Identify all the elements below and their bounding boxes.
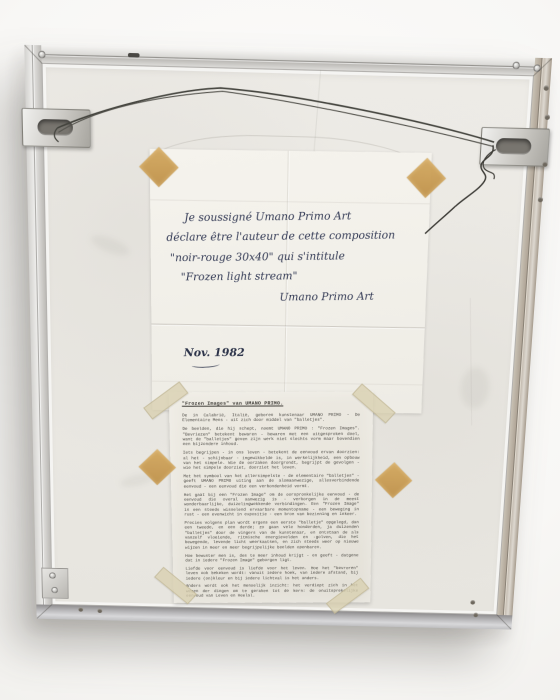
document-paragraph: Het gaat bij een "Frozen Image" om de oo… [184,492,359,518]
document-paragraph: De beelden, die hij schept, noemt UMANO … [182,427,360,448]
typed-description-sheet: "Frozen Images" van UMANO PRIMO. De in C… [169,392,374,603]
note-line: déclare être l'auteur de cette compositi… [166,226,414,249]
document-title: "Frozen Images" van UMANO PRIMO. [182,400,360,406]
hanging-bracket-right [479,127,550,167]
photo-back-of-framed-artwork: Je soussigné Umano Primo Art déclare êtr… [0,0,560,700]
screw [51,587,58,593]
note-line: "Frozen light stream" [181,266,414,288]
document-paragraph: De in Calabrië, Italië, geboren kunstena… [182,413,360,424]
document-paragraph: Anders wordt ook het menselijk inzicht: … [186,584,358,599]
screw [49,572,56,578]
date-underline [192,362,220,368]
rivet [97,609,102,614]
document-paragraph: Liefde voor eenvoud is liefde voor het l… [185,566,358,581]
rail-slot-hole [128,53,140,58]
note-line: "noir-rouge 30x40" qui s'intitule [170,246,414,268]
rivet [545,115,551,120]
rivet [78,607,83,612]
paper-fold-crease [152,381,422,386]
document-paragraph: Met het symbool van het allersimpelste -… [183,474,359,490]
bracket-slot [495,138,531,155]
folded-certificate-paper: Je soussigné Umano Primo Art déclare êtr… [150,149,432,414]
artist-signature: Umano Primo Art [279,287,413,308]
paper-fold-crease [150,199,430,204]
typed-text-block: "Frozen Images" van UMANO PRIMO. De in C… [169,392,374,603]
screw [38,51,46,59]
handwritten-note: Je soussigné Umano Primo Art déclare êtr… [163,206,414,309]
picture-frame: Je soussigné Umano Primo Art déclare êtr… [24,45,552,630]
bracket-slot [37,119,73,136]
document-paragraph: Iets begrijpen - in ons leven - betekent… [183,450,360,471]
note-line: Je soussigné Umano Primo Art [184,206,414,229]
document-paragraph: Precies volgens plan wordt ergens een ee… [184,520,358,550]
hanging-bracket-left [21,108,90,148]
paper-fold-crease [151,324,424,329]
corner-bracket-plate [41,568,68,599]
document-paragraph: Hoe bewuster men is, des te meer inhoud … [185,553,358,563]
rivet [538,197,544,202]
handwritten-date: Nov. 1982 [184,346,245,359]
